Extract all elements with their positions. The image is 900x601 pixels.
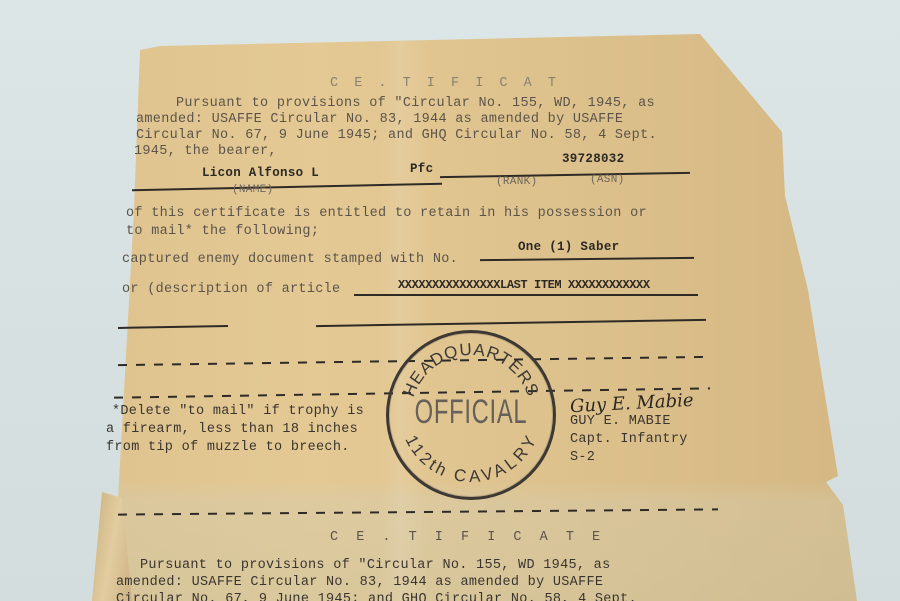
lower-paragraph-line-3: Circular No. 67, 9 June 1945; and GHQ Ci… — [116, 592, 637, 601]
article-underline — [354, 294, 698, 296]
footnote-line-3: from tip of muzzle to breech. — [106, 440, 350, 455]
lower-paragraph-line-1: Pursuant to provisions of "Circular No. … — [140, 558, 610, 573]
article-line-value: XXXXXXXXXXXXXXXLAST ITEM XXXXXXXXXXXX — [398, 278, 650, 292]
paragraph-line-1: Pursuant to provisions of "Circular No. … — [176, 96, 655, 111]
footnote-line-2: a firearm, less than 18 inches — [106, 422, 358, 437]
stamp-top-text: HEADQUARTERS — [399, 340, 542, 400]
article-line-label: or (description of article — [122, 282, 340, 297]
lower-certificate-title: C E . T I F I C A T E — [330, 530, 605, 545]
stamp-bottom-text: 112th CAVALRY — [401, 432, 540, 486]
signatory-office: S-2 — [570, 450, 595, 465]
stamp-center-text: OFFICIAL — [414, 393, 529, 432]
entitlement-line-1: of this certificate is entitled to retai… — [126, 206, 647, 221]
signatory-title: Capt. Infantry — [570, 432, 688, 447]
paragraph-line-2: amended: USAFFE Circular No. 83, 1944 as… — [136, 112, 623, 127]
certificate-title: C E . T I F I C A T — [330, 76, 560, 91]
document-line-label: captured enemy document stamped with No. — [122, 252, 458, 267]
bearer-asn: 39728032 — [562, 152, 624, 166]
name-label: (NAME) — [232, 184, 273, 196]
bearer-rank: Pfc — [410, 162, 433, 176]
official-stamp: HEADQUARTERS 112th CAVALRY OFFICIAL — [386, 330, 556, 500]
document-line-value: One (1) Saber — [518, 240, 619, 254]
svg-text:HEADQUARTERS: HEADQUARTERS — [399, 340, 542, 400]
asn-label: (ASN) — [590, 174, 625, 186]
lower-paragraph-line-2: amended: USAFFE Circular No. 83, 1944 as… — [116, 575, 603, 590]
paragraph-line-4: 1945, the bearer, — [134, 144, 277, 159]
rank-label: (RANK) — [496, 176, 537, 188]
bearer-name: Licon Alfonso L — [202, 166, 319, 180]
signatory-name: GUY E. MABIE — [570, 414, 671, 429]
paragraph-line-3: Circular No. 67, 9 June 1945; and GHQ Ci… — [136, 128, 657, 143]
footnote-line-1: *Delete "to mail" if trophy is — [112, 404, 364, 419]
entitlement-line-2: to mail* the following; — [126, 224, 319, 239]
svg-text:112th CAVALRY: 112th CAVALRY — [401, 432, 540, 486]
